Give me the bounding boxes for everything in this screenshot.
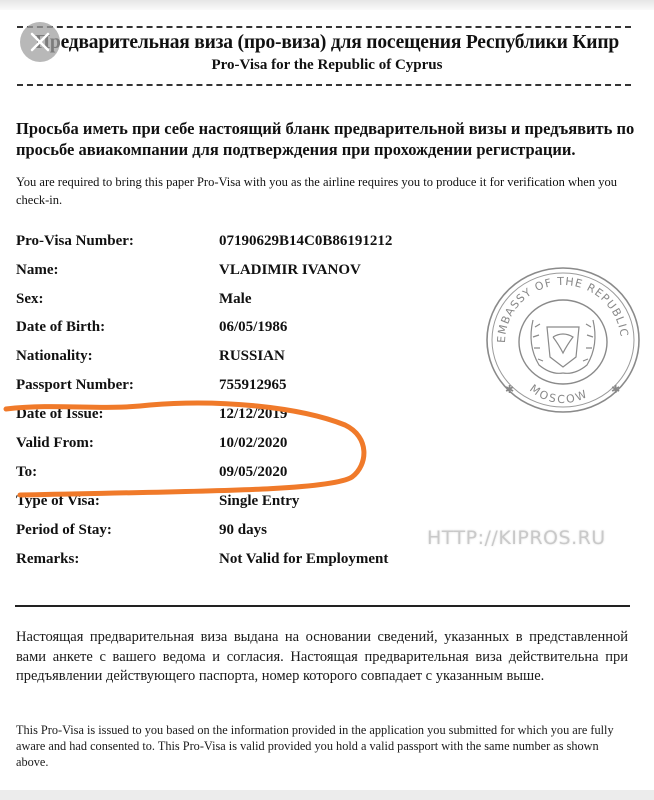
notice-ru: Просьба иметь при себе настоящий бланк п… (16, 118, 636, 160)
document-title-ru: Предварительная виза (про-виза) для посе… (0, 32, 654, 54)
footer-text-ru: Настоящая предварительная виза выдана на… (16, 628, 628, 687)
stamp-top-text: EMBASSY OF THE REPUBLIC OF CYPRUS (483, 265, 631, 343)
field-value: 10/02/2020 (219, 435, 287, 452)
viewer-top-bar (0, 0, 654, 10)
field-label: Date of Issue: (16, 406, 104, 423)
field-value: Male (219, 291, 251, 308)
footer-text-en: This Pro-Visa is issued to you based on … (16, 722, 634, 770)
star-icon: ✱ (611, 384, 620, 396)
field-label: Period of Stay: (16, 522, 112, 539)
field-label: Passport Number: (16, 377, 134, 394)
field-value: 07190629B14C0B86191212 (219, 233, 392, 250)
field-value: 90 days (219, 522, 267, 539)
embassy-stamp: EMBASSY OF THE REPUBLIC OF CYPRUS MOSCOW… (483, 265, 643, 415)
field-row: Remarks:Not Valid for Employment (16, 551, 436, 579)
field-row: Nationality:RUSSIAN (16, 348, 436, 376)
star-icon: ✱ (505, 384, 514, 396)
field-row: Name:VLADIMIR IVANOV (16, 262, 436, 290)
field-label: To: (16, 464, 37, 481)
close-button[interactable] (20, 22, 60, 62)
field-row: Date of Birth:06/05/1986 (16, 319, 436, 347)
field-value: 09/05/2020 (219, 464, 287, 481)
field-row: Period of Stay:90 days (16, 522, 436, 550)
field-row: Type of Visa:Single Entry (16, 493, 436, 521)
field-value: RUSSIAN (219, 348, 285, 365)
field-value: VLADIMIR IVANOV (219, 262, 361, 279)
dashed-divider-bottom (17, 84, 631, 86)
svg-text:EMBASSY OF THE REPUBLIC OF CYP: EMBASSY OF THE REPUBLIC OF CYPRUS (483, 265, 631, 343)
dashed-divider-top (17, 26, 631, 28)
document-title-en: Pro-Visa for the Republic of Cyprus (0, 57, 654, 74)
field-row: Sex:Male (16, 291, 436, 319)
field-row: Valid From:10/02/2020 (16, 435, 436, 463)
field-label: Valid From: (16, 435, 94, 452)
field-value: Not Valid for Employment (219, 551, 388, 568)
watermark: HTTP://KIPROS.RU (427, 527, 606, 549)
field-row: Pro-Visa Number:07190629B14C0B86191212 (16, 233, 436, 261)
field-label: Type of Visa: (16, 493, 100, 510)
field-label: Sex: (16, 291, 44, 308)
field-value: 06/05/1986 (219, 319, 287, 336)
field-label: Name: (16, 262, 58, 279)
close-icon (29, 31, 51, 53)
field-value: Single Entry (219, 493, 299, 510)
field-label: Remarks: (16, 551, 79, 568)
field-label: Nationality: (16, 348, 93, 365)
field-row: Date of Issue:12/12/2019 (16, 406, 436, 434)
notice-en: You are required to bring this paper Pro… (16, 173, 636, 209)
field-label: Date of Birth: (16, 319, 105, 336)
field-label: Pro-Visa Number: (16, 233, 134, 250)
field-value: 755912965 (219, 377, 287, 394)
field-row: Passport Number:755912965 (16, 377, 436, 405)
field-row: To:09/05/2020 (16, 464, 436, 492)
viewer-bottom-bar (0, 790, 654, 800)
field-value: 12/12/2019 (219, 406, 287, 423)
section-rule (15, 605, 630, 607)
coat-of-arms-icon (531, 320, 595, 373)
